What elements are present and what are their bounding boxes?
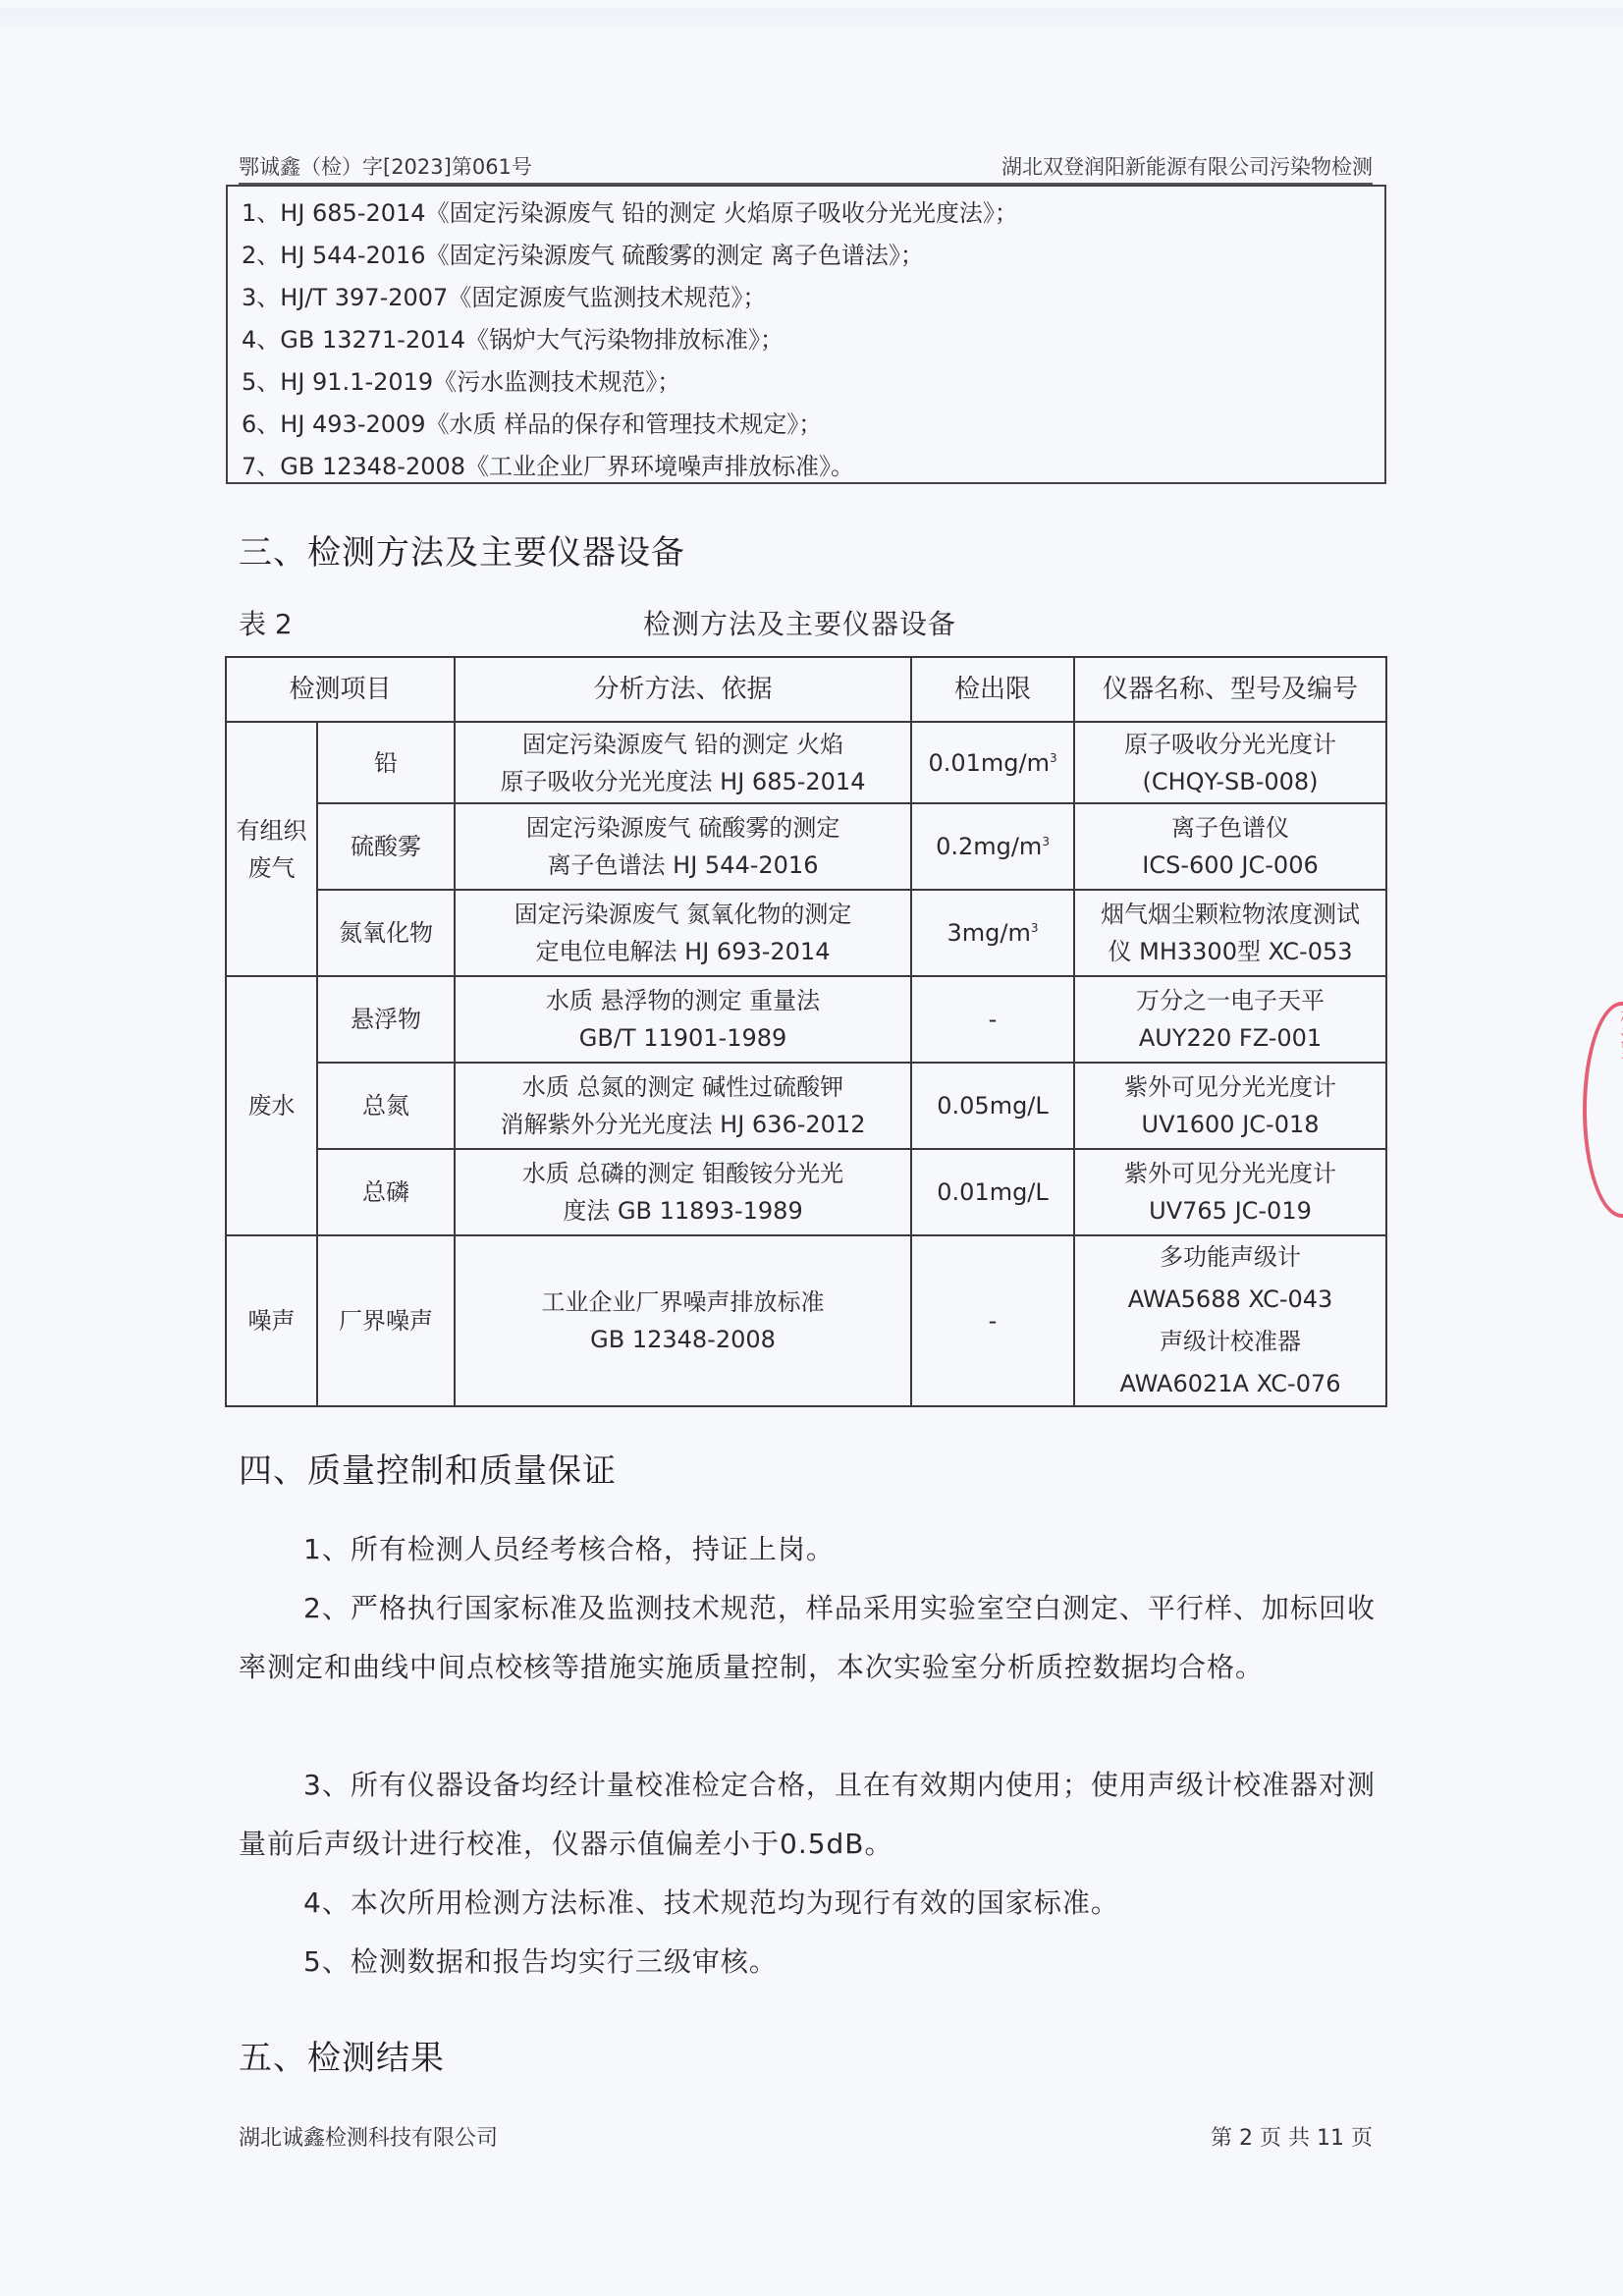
method-line: 固定污染源废气 氮氧化物的测定 [460, 896, 906, 933]
method-line: 固定污染源废气 铅的测定 火焰 [460, 726, 906, 763]
limit-cell: 3mg/m3 [911, 890, 1074, 976]
method-line: GB 12348-2008 [460, 1321, 906, 1358]
page-footer: 湖北诚鑫检测科技有限公司 第 2 页 共 11 页 [239, 2121, 1373, 2152]
table-row: 硫酸雾 固定污染源废气 硫酸雾的测定 离子色谱法 HJ 544-2016 0.2… [226, 803, 1386, 890]
section-4-title: 四、质量控制和质量保证 [239, 1444, 617, 1492]
method-cell: 固定污染源废气 氮氧化物的测定 定电位电解法 HJ 693-2014 [455, 890, 911, 976]
reference-item: 1、HJ 685-2014《固定污染源废气 铅的测定 火焰原子吸收分光光度法》； [228, 192, 1384, 235]
instrument-line: UV765 JC-019 [1079, 1192, 1381, 1230]
instrument-cell: 紫外可见分光光度计 UV765 JC-019 [1074, 1149, 1386, 1235]
seal-stamp-icon: 检测专 [1583, 1002, 1623, 1218]
qc-item: 4、本次所用检测方法标准、技术规范均为现行有效的国家标准。 [239, 1874, 1376, 1933]
instrument-line: (CHQY-SB-008) [1079, 763, 1381, 800]
category-cell: 废水 [226, 976, 317, 1235]
qc-item: 1、所有检测人员经考核合格，持证上岗。 [239, 1520, 1376, 1579]
limit-value: - [989, 1006, 998, 1033]
instrument-line: 紫外可见分光光度计 [1079, 1155, 1381, 1192]
method-line: GB/T 11901-1989 [460, 1019, 906, 1057]
instrument-cell: 原子吸收分光光度计 (CHQY-SB-008) [1074, 722, 1386, 803]
method-cell: 水质 悬浮物的测定 重量法 GB/T 11901-1989 [455, 976, 911, 1063]
table-row: 有组织废气 铅 固定污染源废气 铅的测定 火焰 原子吸收分光光度法 HJ 685… [226, 722, 1386, 803]
table-label: 表 2 [239, 603, 293, 642]
column-header-method: 分析方法、依据 [455, 657, 911, 722]
instrument-line: AUY220 FZ-001 [1079, 1019, 1381, 1057]
method-line: 水质 总磷的测定 钼酸铵分光光 [460, 1155, 906, 1192]
qc-item: 2、严格执行国家标准及监测技术规范，样品采用实验室空白测定、平行样、加标回收率测… [239, 1579, 1376, 1697]
limit-value: 0.2mg/m [936, 833, 1042, 860]
instrument-line: 仪 MH3300型 XC-053 [1079, 933, 1381, 970]
limit-exponent: 3 [1050, 751, 1057, 765]
stamp-text: 检测专 [1614, 1006, 1623, 1070]
instrument-line: 声级计校准器 [1079, 1321, 1381, 1363]
instrument-line: 原子吸收分光光度计 [1079, 726, 1381, 763]
table-row: 氮氧化物 固定污染源废气 氮氧化物的测定 定电位电解法 HJ 693-2014 … [226, 890, 1386, 976]
page-header: 鄂诚鑫（检）字[2023]第061号 湖北双登润阳新能源有限公司污染物检测 [239, 151, 1373, 185]
table-row: 总磷 水质 总磷的测定 钼酸铵分光光 度法 GB 11893-1989 0.01… [226, 1149, 1386, 1235]
method-line: 定电位电解法 HJ 693-2014 [460, 933, 906, 970]
limit-value: 0.01mg/L [937, 1178, 1049, 1206]
footer-company: 湖北诚鑫检测科技有限公司 [239, 2121, 498, 2152]
reference-item: 7、GB 12348-2008《工业企业厂界环境噪声排放标准》。 [228, 446, 1384, 488]
table-row: 总氮 水质 总氮的测定 碱性过硫酸钾 消解紫外分光光度法 HJ 636-2012… [226, 1063, 1386, 1149]
method-line: 离子色谱法 HJ 544-2016 [460, 847, 906, 884]
limit-cell: 0.2mg/m3 [911, 803, 1074, 890]
qc-item: 3、所有仪器设备均经计量校准检定合格，且在有效期内使用；使用声级计校准器对测量前… [239, 1756, 1376, 1874]
limit-value: 3mg/m [947, 919, 1031, 947]
table-title: 检测方法及主要仪器设备 [643, 603, 956, 642]
category-cell: 有组织废气 [226, 722, 317, 976]
method-cell: 水质 总磷的测定 钼酸铵分光光 度法 GB 11893-1989 [455, 1149, 911, 1235]
instrument-line: AWA5688 XC-043 [1079, 1279, 1381, 1321]
method-line: 消解紫外分光光度法 HJ 636-2012 [460, 1106, 906, 1143]
method-line: 固定污染源废气 硫酸雾的测定 [460, 809, 906, 847]
method-line: 水质 悬浮物的测定 重量法 [460, 982, 906, 1019]
instrument-line: 多功能声级计 [1079, 1236, 1381, 1279]
limit-cell: 0.01mg/m3 [911, 722, 1074, 803]
method-line: 工业企业厂界噪声排放标准 [460, 1284, 906, 1321]
limit-exponent: 3 [1042, 835, 1050, 848]
column-header-limit: 检出限 [911, 657, 1074, 722]
method-cell: 工业企业厂界噪声排放标准 GB 12348-2008 [455, 1235, 911, 1406]
reference-item: 3、HJ/T 397-2007《固定源废气监测技术规范》； [228, 277, 1384, 319]
item-cell: 氮氧化物 [317, 890, 455, 976]
instrument-cell: 万分之一电子天平 AUY220 FZ-001 [1074, 976, 1386, 1063]
category-cell: 噪声 [226, 1235, 317, 1406]
instrument-line: ICS-600 JC-006 [1079, 847, 1381, 884]
limit-value: - [989, 1307, 998, 1335]
column-header-item: 检测项目 [226, 657, 455, 722]
instrument-cell: 紫外可见分光光度计 UV1600 JC-018 [1074, 1063, 1386, 1149]
instrument-line: UV1600 JC-018 [1079, 1106, 1381, 1143]
report-subject: 湖北双登润阳新能源有限公司污染物检测 [1001, 151, 1373, 181]
section-5-title: 五、检测结果 [239, 2031, 445, 2079]
scan-artifact-band [0, 8, 1623, 29]
item-cell: 总氮 [317, 1063, 455, 1149]
section-3-title: 三、检测方法及主要仪器设备 [239, 525, 685, 574]
limit-exponent: 3 [1031, 921, 1039, 935]
table-header-row: 检测项目 分析方法、依据 检出限 仪器名称、型号及编号 [226, 657, 1386, 722]
limit-value: 0.01mg/m [928, 749, 1050, 777]
limit-value: 0.05mg/L [937, 1092, 1049, 1120]
instrument-line: 万分之一电子天平 [1079, 982, 1381, 1019]
limit-cell: - [911, 976, 1074, 1063]
limit-cell: 0.01mg/L [911, 1149, 1074, 1235]
method-line: 度法 GB 11893-1989 [460, 1192, 906, 1230]
instrument-line: 紫外可见分光光度计 [1079, 1068, 1381, 1106]
page-number: 第 2 页 共 11 页 [1211, 2121, 1373, 2152]
limit-cell: - [911, 1235, 1074, 1406]
item-cell: 总磷 [317, 1149, 455, 1235]
method-line: 水质 总氮的测定 碱性过硫酸钾 [460, 1068, 906, 1106]
item-cell: 悬浮物 [317, 976, 455, 1063]
report-number: 鄂诚鑫（检）字[2023]第061号 [239, 151, 532, 181]
instrument-line: AWA6021A XC-076 [1079, 1363, 1381, 1405]
reference-standards-box: 1、HJ 685-2014《固定污染源废气 铅的测定 火焰原子吸收分光光度法》；… [226, 185, 1386, 484]
method-cell: 固定污染源废气 硫酸雾的测定 离子色谱法 HJ 544-2016 [455, 803, 911, 890]
reference-item: 5、HJ 91.1-2019《污水监测技术规范》； [228, 361, 1384, 404]
item-cell: 厂界噪声 [317, 1235, 455, 1406]
method-cell: 固定污染源废气 铅的测定 火焰 原子吸收分光光度法 HJ 685-2014 [455, 722, 911, 803]
instrument-cell: 烟气烟尘颗粒物浓度测试 仪 MH3300型 XC-053 [1074, 890, 1386, 976]
instrument-line: 离子色谱仪 [1079, 809, 1381, 847]
reference-item: 4、GB 13271-2014《锅炉大气污染物排放标准》； [228, 319, 1384, 361]
item-cell: 铅 [317, 722, 455, 803]
table-row: 废水 悬浮物 水质 悬浮物的测定 重量法 GB/T 11901-1989 - 万… [226, 976, 1386, 1063]
reference-item: 6、HJ 493-2009《水质 样品的保存和管理技术规定》； [228, 404, 1384, 446]
instrument-cell: 多功能声级计 AWA5688 XC-043 声级计校准器 AWA6021A XC… [1074, 1235, 1386, 1406]
instrument-cell: 离子色谱仪 ICS-600 JC-006 [1074, 803, 1386, 890]
method-cell: 水质 总氮的测定 碱性过硫酸钾 消解紫外分光光度法 HJ 636-2012 [455, 1063, 911, 1149]
methods-equipment-table: 检测项目 分析方法、依据 检出限 仪器名称、型号及编号 有组织废气 铅 固定污染… [225, 656, 1387, 1407]
item-cell: 硫酸雾 [317, 803, 455, 890]
method-line: 原子吸收分光光度法 HJ 685-2014 [460, 763, 906, 800]
table-row: 噪声 厂界噪声 工业企业厂界噪声排放标准 GB 12348-2008 - 多功能… [226, 1235, 1386, 1406]
instrument-line: 烟气烟尘颗粒物浓度测试 [1079, 896, 1381, 933]
limit-cell: 0.05mg/L [911, 1063, 1074, 1149]
column-header-instrument: 仪器名称、型号及编号 [1074, 657, 1386, 722]
reference-item: 2、HJ 544-2016《固定污染源废气 硫酸雾的测定 离子色谱法》； [228, 235, 1384, 277]
qc-item: 5、检测数据和报告均实行三级审核。 [239, 1933, 1376, 1992]
